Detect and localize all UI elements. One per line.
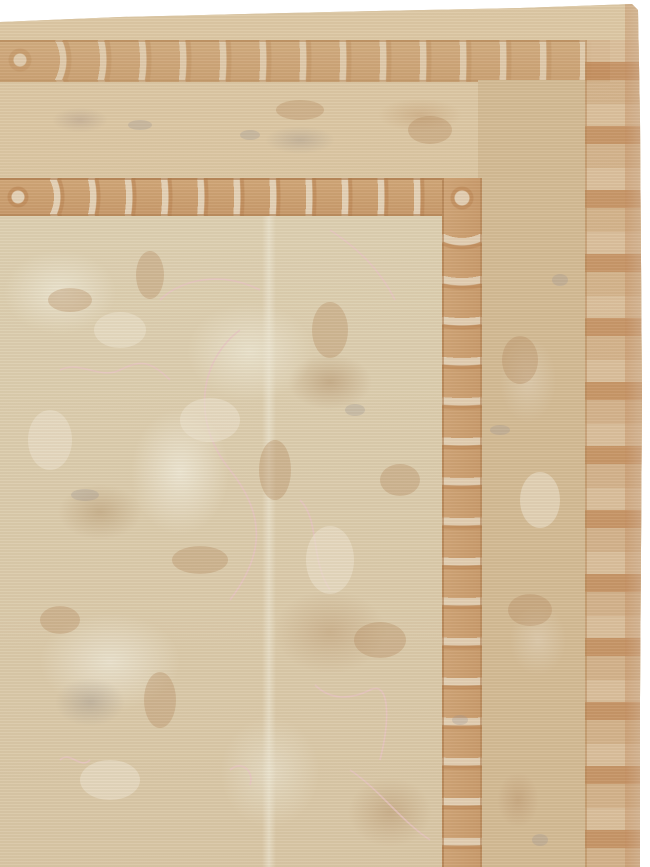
floral-motifs xyxy=(0,0,650,867)
ivory-highlights xyxy=(28,312,560,800)
gray-blue-accents xyxy=(71,120,568,846)
rug-photo xyxy=(0,0,650,867)
tan-floral-shapes xyxy=(40,100,552,728)
rug xyxy=(0,0,650,867)
